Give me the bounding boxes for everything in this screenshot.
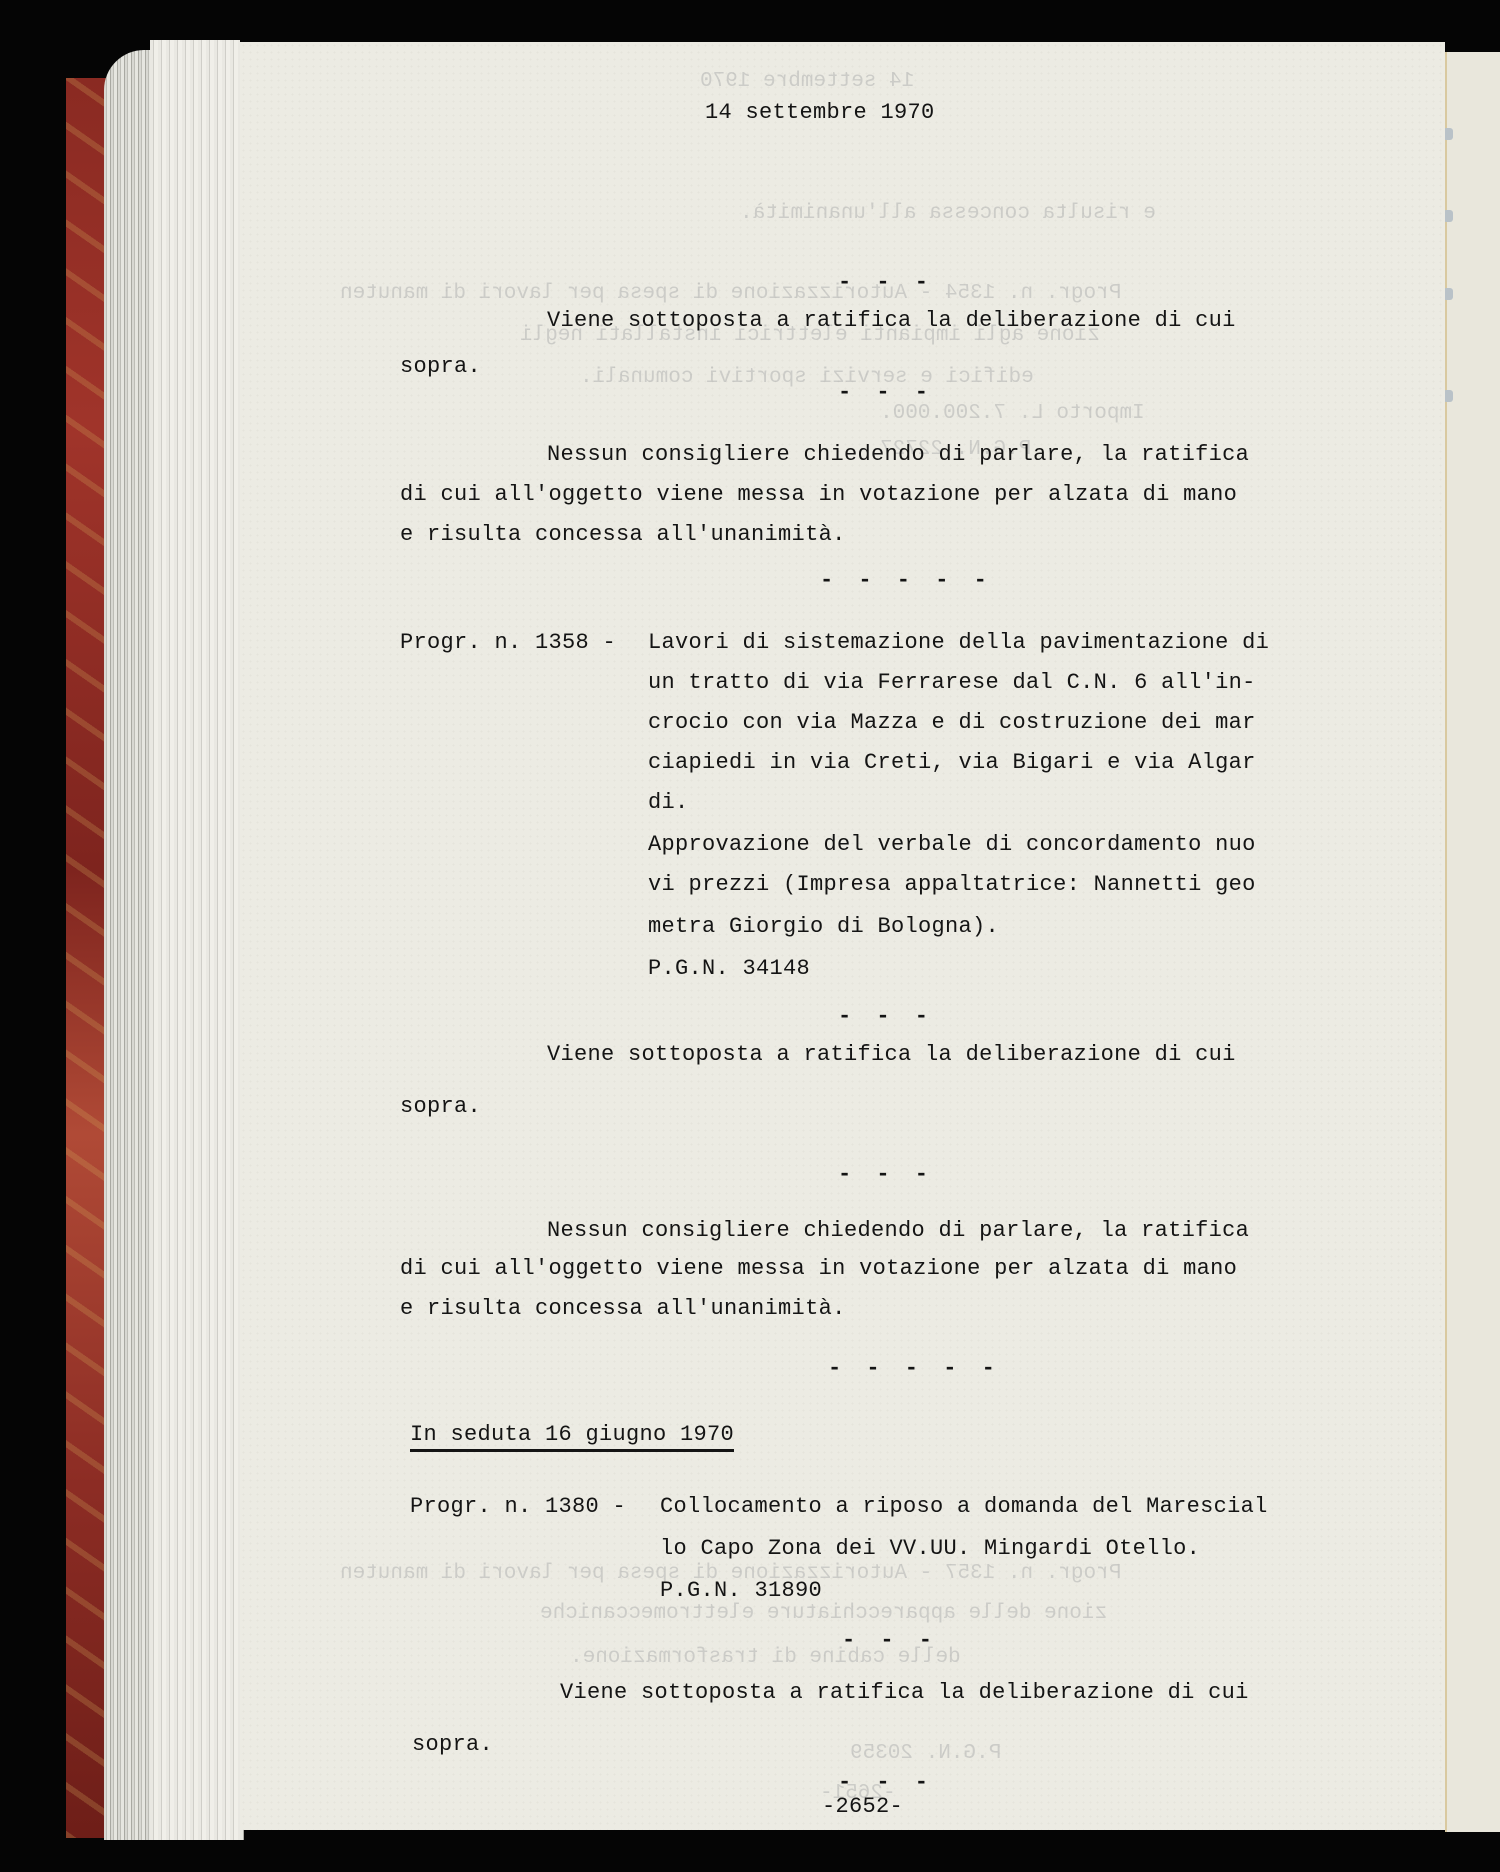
body-line: Nessun consigliere chiedendo di parlare,… (547, 1218, 1249, 1243)
separator: - - - (838, 1004, 934, 1029)
item-line: metra Giorgio di Bologna). (648, 914, 999, 939)
body-line: Nessun consigliere chiedendo di parlare,… (547, 442, 1249, 467)
body-line: Viene sottoposta a ratifica la deliberaz… (547, 1042, 1236, 1067)
pgn-number: P.G.N. 34148 (648, 956, 810, 981)
body-line: di cui all'oggetto viene messa in votazi… (400, 482, 1237, 507)
bleed-through-line: edifici e servizi sportivi comunali. (580, 366, 1034, 389)
document-page: 14 settembre 1970 e risulta concessa all… (240, 42, 1445, 1830)
date-header: 14 settembre 1970 (705, 100, 935, 125)
separator: - - - (842, 1628, 938, 1653)
item-line: ciapiedi in via Creti, via Bigari e via … (648, 750, 1256, 775)
body-line: sopra. (412, 1732, 493, 1757)
separator: - - - - - (820, 568, 993, 593)
body-line: e risulta concessa all'unanimità. (400, 1296, 846, 1321)
separator: - - - (838, 1770, 934, 1795)
bleed-through-line: Progr. n. 1354 - Autorizzazione di spesa… (340, 282, 1121, 305)
marbled-book-cover (66, 78, 106, 1838)
separator: - - - (838, 270, 934, 295)
bleed-through-line: e risulta concessa all'unanimità. (740, 202, 1156, 225)
separator: - - - (838, 380, 934, 405)
bleed-through-line: 14 settembre 1970 (700, 70, 914, 93)
bleed-through-line: Importo L. 7.200.000. (880, 402, 1145, 425)
item-line: vi prezzi (Impresa appaltatrice: Nannett… (648, 872, 1256, 897)
item-line: Lavori di sistemazione della pavimentazi… (648, 630, 1269, 655)
pgn-number: P.G.N. 31890 (660, 1578, 822, 1603)
progr-number: Progr. n. 1358 - (400, 630, 616, 655)
item-line: di. (648, 790, 689, 815)
separator: - - - (838, 1162, 934, 1187)
body-line: Viene sottoposta a ratifica la deliberaz… (547, 308, 1236, 333)
page-stack-edge-inner (150, 40, 240, 1840)
body-line: Viene sottoposta a ratifica la deliberaz… (560, 1680, 1249, 1705)
item-line: Approvazione del verbale di concordament… (648, 832, 1256, 857)
bleed-through-line: zione delle apparecchiature elettromecca… (540, 1602, 1107, 1625)
separator: - - - - - (828, 1356, 1001, 1381)
item-line: crocio con via Mazza e di costruzione de… (648, 710, 1256, 735)
page-number: -2652- (822, 1794, 903, 1819)
bleed-through-line: P.G.N. 20359 (850, 1742, 1001, 1765)
body-line: di cui all'oggetto viene messa in votazi… (400, 1256, 1237, 1281)
item-line: Collocamento a riposo a domanda del Mare… (660, 1494, 1268, 1519)
item-line: lo Capo Zona dei VV.UU. Mingardi Otello. (660, 1536, 1200, 1561)
item-line: un tratto di via Ferrarese dal C.N. 6 al… (648, 670, 1256, 695)
facing-page-edge (1445, 52, 1500, 1832)
progr-number: Progr. n. 1380 - (410, 1494, 626, 1519)
body-line: sopra. (400, 1094, 481, 1119)
session-heading: In seduta 16 giugno 1970 (410, 1422, 734, 1452)
body-line: e risulta concessa all'unanimità. (400, 522, 846, 547)
body-line: sopra. (400, 354, 481, 379)
